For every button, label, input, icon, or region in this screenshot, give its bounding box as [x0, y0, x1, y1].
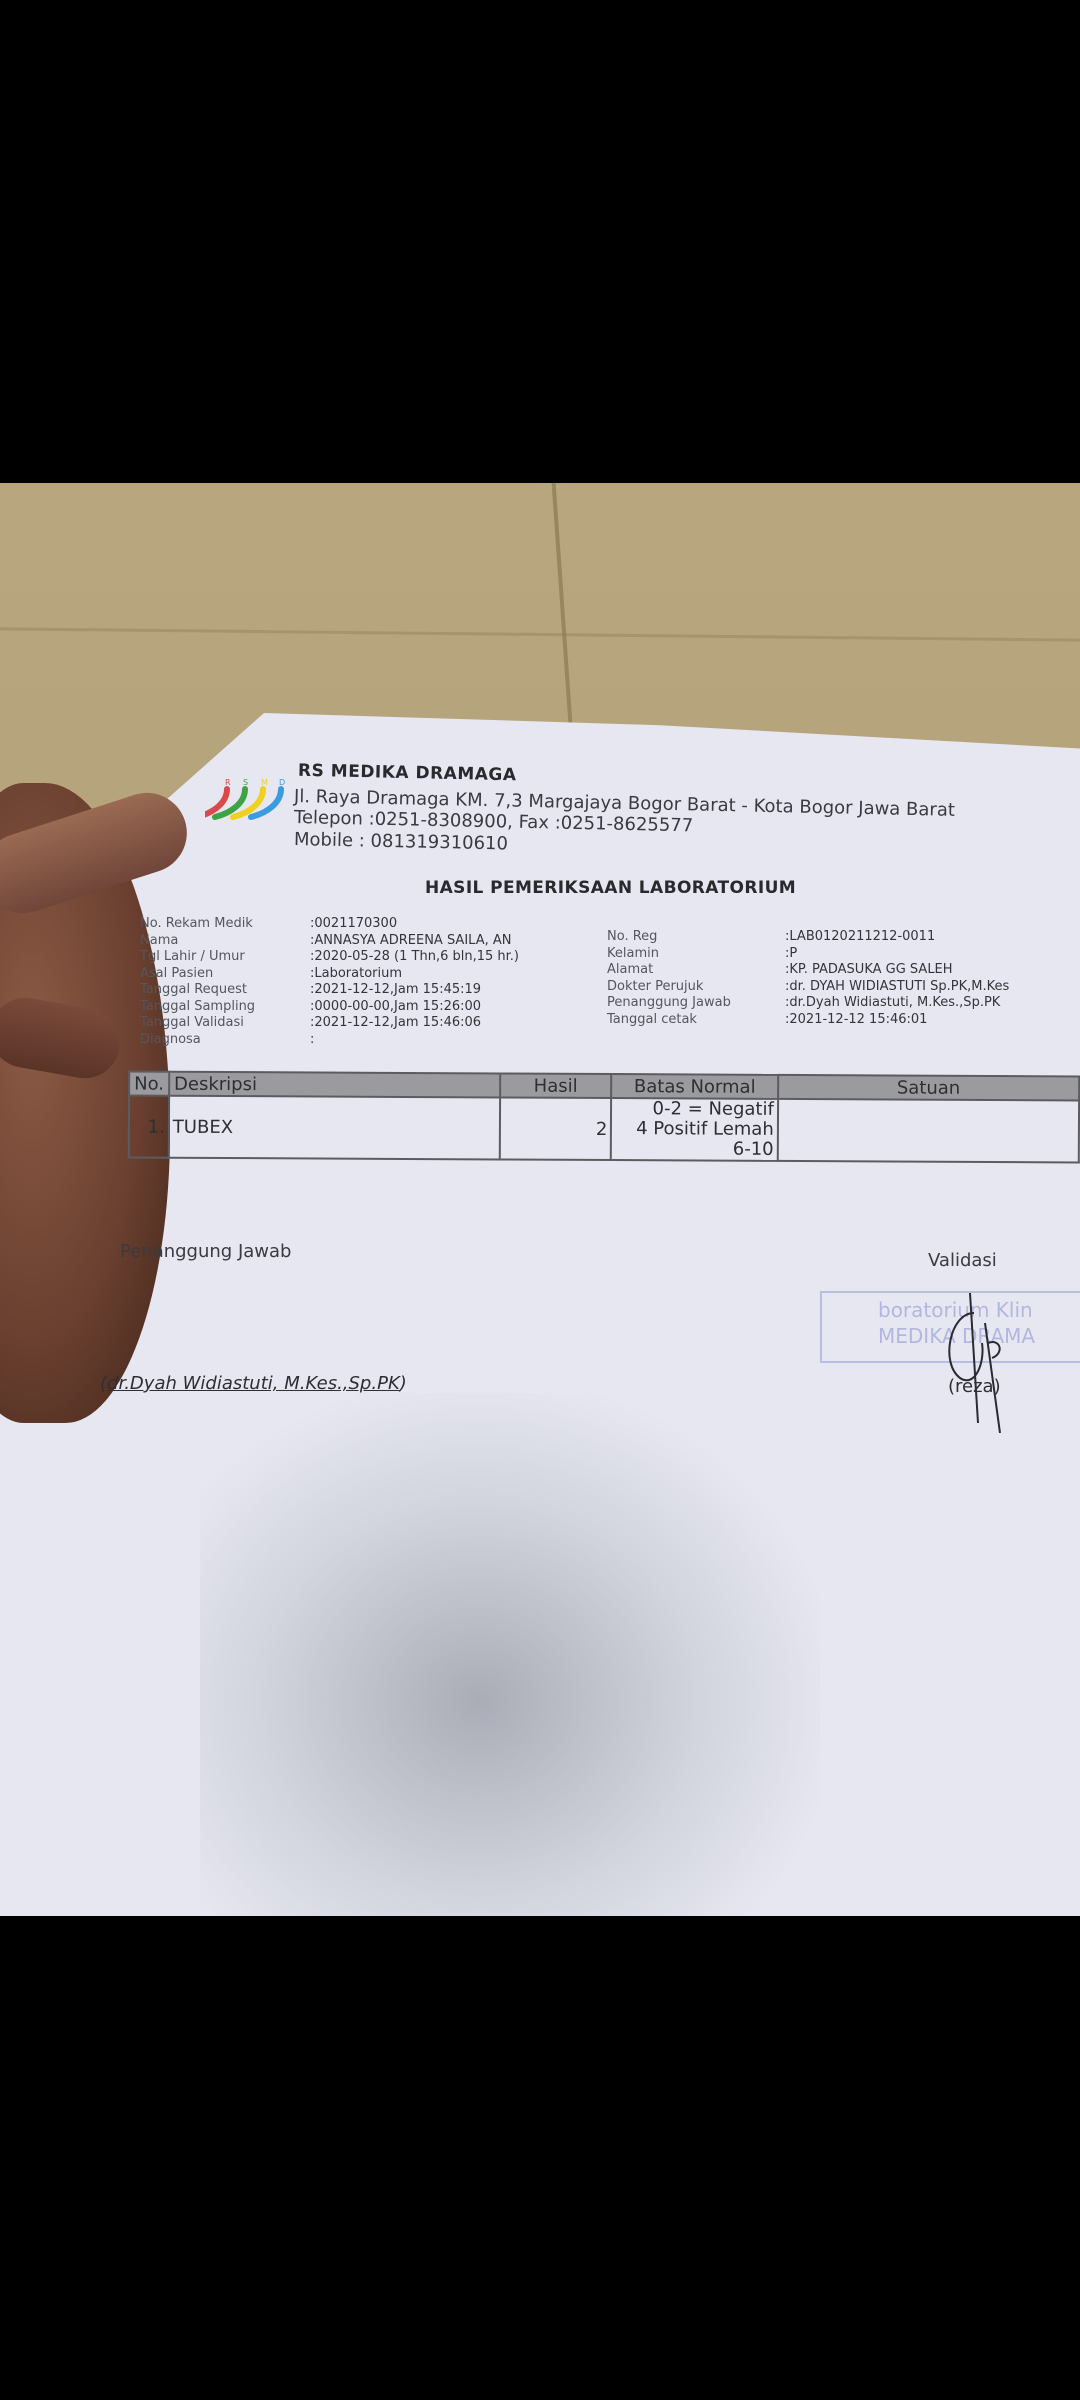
cell-satuan — [778, 1099, 1079, 1163]
info-label: Tanggal Sampling — [140, 999, 310, 1016]
info-row: Diagnosa: — [140, 1032, 519, 1049]
info-row: Alamat:KP. PADASUKA GG SALEH — [607, 962, 1009, 979]
patient-info-right: No. Reg:LAB0120211212-0011Kelamin:PAlama… — [607, 929, 1009, 1028]
info-row: Dokter Perujuk:dr. DYAH WIDIASTUTI Sp.PK… — [607, 979, 1009, 996]
col-hasil: Hasil — [500, 1073, 612, 1098]
document-content: RSMD RS MEDIKA DRAMAGA Jl. Raya Dramaga … — [0, 483, 1080, 1916]
info-label: Alamat — [607, 962, 785, 979]
info-value: :2021-12-12,Jam 15:45:19 — [310, 982, 481, 999]
info-label: Nama — [140, 933, 310, 950]
cell-deskripsi: TUBEX — [169, 1096, 500, 1160]
info-value: :dr.Dyah Widiastuti, M.Kes.,Sp.PK — [785, 995, 1000, 1012]
info-label: Tanggal cetak — [607, 1012, 785, 1029]
hospital-name: RS MEDIKA DRAMAGA — [298, 761, 517, 786]
info-row: No. Rekam Medik:0021170300 — [140, 916, 519, 933]
hospital-mobile: Mobile : 081319310610 — [294, 829, 508, 854]
validator-name: (reza) — [948, 1376, 1001, 1397]
info-label: Kelamin — [607, 946, 785, 963]
results-table: No. Deskripsi Hasil Batas Normal Satuan … — [128, 1071, 1080, 1164]
info-value: :2021-12-12,Jam 15:46:06 — [310, 1015, 481, 1032]
info-value: :Laboratorium — [310, 966, 402, 983]
patient-info-left: No. Rekam Medik:0021170300Nama:ANNASYA A… — [140, 916, 519, 1048]
info-label: No. Rekam Medik — [140, 916, 310, 933]
col-no: No. — [129, 1072, 169, 1096]
info-value: :ANNASYA ADREENA SAILA, AN — [310, 933, 511, 950]
info-value: : — [310, 1032, 314, 1049]
info-label: Asal Pasien — [140, 966, 310, 983]
info-label: No. Reg — [607, 929, 785, 946]
cell-batas-normal: 0-2 = Negatif 4 Positif Lemah 6-10 — [611, 1098, 778, 1161]
info-row: Penanggung Jawab:dr.Dyah Widiastuti, M.K… — [607, 995, 1009, 1012]
svg-text:R: R — [225, 778, 231, 787]
col-satuan: Satuan — [778, 1075, 1079, 1101]
cell-no: 1. — [129, 1096, 169, 1158]
info-label: Tanggal Request — [140, 982, 310, 999]
info-label: Dokter Perujuk — [607, 979, 785, 996]
info-label: Diagnosa — [140, 1032, 310, 1049]
info-value: :2021-12-12 15:46:01 — [785, 1012, 927, 1029]
info-row: Tanggal Request:2021-12-12,Jam 15:45:19 — [140, 982, 519, 999]
info-value: :2020-05-28 (1 Thn,6 bln,15 hr.) — [310, 949, 519, 966]
svg-text:M: M — [261, 778, 268, 787]
responsible-label: Penanggung Jawab — [120, 1241, 291, 1262]
info-value: :0021170300 — [310, 916, 397, 933]
validation-label: Validasi — [928, 1250, 997, 1271]
info-value: :P — [785, 946, 797, 963]
info-row: Asal Pasien:Laboratorium — [140, 966, 519, 983]
responsible-name: (dr.Dyah Widiastuti, M.Kes.,Sp.PK) — [100, 1373, 407, 1394]
table-row: 1. TUBEX 2 0-2 = Negatif 4 Positif Lemah… — [129, 1096, 1079, 1163]
svg-text:S: S — [243, 778, 248, 787]
signature-icon — [930, 1283, 1050, 1433]
info-row: Nama:ANNASYA ADREENA SAILA, AN — [140, 933, 519, 950]
info-row: Tgl Lahir / Umur:2020-05-28 (1 Thn,6 bln… — [140, 949, 519, 966]
info-value: :LAB0120211212-0011 — [785, 929, 935, 946]
document-title: HASIL PEMERIKSAAN LABORATORIUM — [425, 878, 796, 898]
col-deskripsi: Deskripsi — [169, 1072, 500, 1098]
info-row: No. Reg:LAB0120211212-0011 — [607, 929, 1009, 946]
info-label: Tanggal Validasi — [140, 1015, 310, 1032]
info-value: :KP. PADASUKA GG SALEH — [785, 962, 953, 979]
svg-text:D: D — [279, 778, 285, 787]
info-row: Tanggal Sampling:0000-00-00,Jam 15:26:00 — [140, 999, 519, 1016]
hospital-logo-icon: RSMD — [205, 775, 295, 820]
info-row: Tanggal Validasi:2021-12-12,Jam 15:46:06 — [140, 1015, 519, 1032]
info-value: :0000-00-00,Jam 15:26:00 — [310, 999, 481, 1016]
info-label: Penanggung Jawab — [607, 995, 785, 1012]
photo: RSMD RS MEDIKA DRAMAGA Jl. Raya Dramaga … — [0, 483, 1080, 1916]
info-value: :dr. DYAH WIDIASTUTI Sp.PK,M.Kes — [785, 979, 1009, 996]
col-batas-normal: Batas Normal — [611, 1074, 778, 1099]
cell-hasil: 2 — [499, 1097, 611, 1160]
info-row: Tanggal cetak:2021-12-12 15:46:01 — [607, 1012, 1009, 1029]
info-label: Tgl Lahir / Umur — [140, 949, 310, 966]
info-row: Kelamin:P — [607, 946, 1009, 963]
